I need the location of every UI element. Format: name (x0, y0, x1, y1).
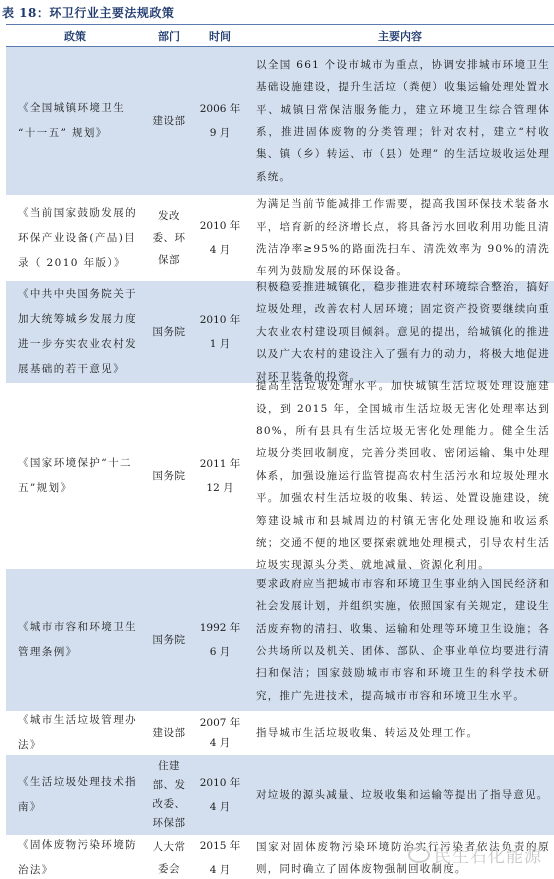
table-header: 政策 部门 时间 主要内容 (6, 24, 554, 47)
cell-policy: 《当前国家鼓励发展的环保产业设备(产品)目录（ 2010 年版）》 (6, 201, 144, 276)
cell-dept: 发改 委、环 保部 (144, 205, 194, 271)
header-dept: 部门 (144, 28, 194, 44)
wechat-icon (408, 847, 430, 863)
cell-time: 2011 年 12 月 (194, 452, 246, 500)
cell-dept: 建设部 (144, 110, 194, 132)
cell-time: 2006 年 9 月 (194, 97, 246, 145)
table-row: 《国家环境保护“十二五”规划》 国务院 2011 年 12 月 提高生活垃圾处理… (6, 383, 554, 569)
cell-time: 2015 年 4 月 (194, 834, 246, 879)
cell-dept: 住建 部、发 改委、 环保部 (144, 757, 194, 833)
cell-content: 对垃圾的源头减量、垃圾收集和运输等提出了指导意见。 (246, 784, 554, 806)
table-row: 《城市生活垃圾管理办法》 建设部 2007 年 4 月 指导城市生活垃圾收集、转… (6, 711, 554, 755)
cell-time: 1992 年 6 月 (194, 616, 246, 664)
table-row: 《全国城镇环境卫生 “十一五” 规划》 建设部 2006 年 9 月 以全国 6… (6, 47, 554, 195)
cell-time: 2010 年 4 月 (194, 214, 246, 262)
cell-policy: 《城市市容和环境卫生管理条例》 (6, 615, 144, 665)
cell-dept: 国务院 (144, 629, 194, 651)
policy-table: 政策 部门 时间 主要内容 《全国城镇环境卫生 “十一五” 规划》 建设部 20… (6, 24, 554, 879)
table-row: 《生活垃圾处理技术指南》 住建 部、发 改委、 环保部 2010 年 4 月 对… (6, 755, 554, 835)
cell-time: 2010 年 4 月 (194, 771, 246, 819)
cell-policy: 《国家环境保护“十二五”规划》 (6, 451, 144, 501)
cell-dept: 国务院 (144, 321, 194, 343)
cell-policy: 《全国城镇环境卫生 “十一五” 规划》 (6, 96, 144, 146)
table-row: 《当前国家鼓励发展的环保产业设备(产品)目录（ 2010 年版）》 发改 委、环… (6, 195, 554, 281)
header-policy: 政策 (6, 28, 144, 44)
watermark: 民生石化能源 (408, 842, 542, 867)
table-row: 《城市市容和环境卫生管理条例》 国务院 1992 年 6 月 要求政府应当把城市… (6, 569, 554, 711)
cell-dept: 国务院 (144, 465, 194, 487)
cell-policy: 《中共中央国务院关于加大统筹城乡发展力度进一步夯实农业农村发展基础的若干意见》 (6, 282, 144, 382)
cell-dept: 建设部 (144, 722, 194, 744)
cell-content: 提高生活垃圾处理水平。加快城镇生活垃圾处理设施建设，到 2015 年，全国城市生… (246, 375, 554, 577)
cell-content: 要求政府应当把城市市容和环境卫生事业纳入国民经济和社会发展计划，并组织实施，依照… (246, 573, 554, 707)
cell-policy: 《固体废物污染环境防治法》 (6, 833, 144, 879)
cell-content: 以全国 661 个设市城市为重点，协调安排城市环境卫生基础设施建设，提升生活垃（… (246, 54, 554, 188)
cell-time: 2007 年 4 月 (194, 713, 246, 753)
header-content: 主要内容 (246, 28, 554, 44)
cell-content: 为满足当前节能减排工作需要，提高我国环保技术装备水平，培育新的经济增长点，将具备… (246, 193, 554, 283)
cell-policy: 《城市生活垃圾管理办法》 (6, 708, 144, 758)
table-row: 《中共中央国务院关于加大统筹城乡发展力度进一步夯实农业农村发展基础的若干意见》 … (6, 281, 554, 383)
cell-dept: 人大常 委会 (144, 836, 194, 879)
header-time: 时间 (194, 28, 246, 44)
watermark-text: 民生石化能源 (434, 842, 542, 867)
cell-policy: 《生活垃圾处理技术指南》 (6, 770, 144, 820)
cell-time: 2010 年 1 月 (194, 308, 246, 356)
cell-content: 指导城市生活垃圾收集、转运及处理工作。 (246, 722, 554, 744)
cell-content: 积极稳妥推进城镇化，稳步推进农村环境综合整治，搞好垃圾处理，改善农村人居环境；固… (246, 276, 554, 388)
table-caption: 表 18：环卫行业主要法规政策 (2, 4, 174, 21)
